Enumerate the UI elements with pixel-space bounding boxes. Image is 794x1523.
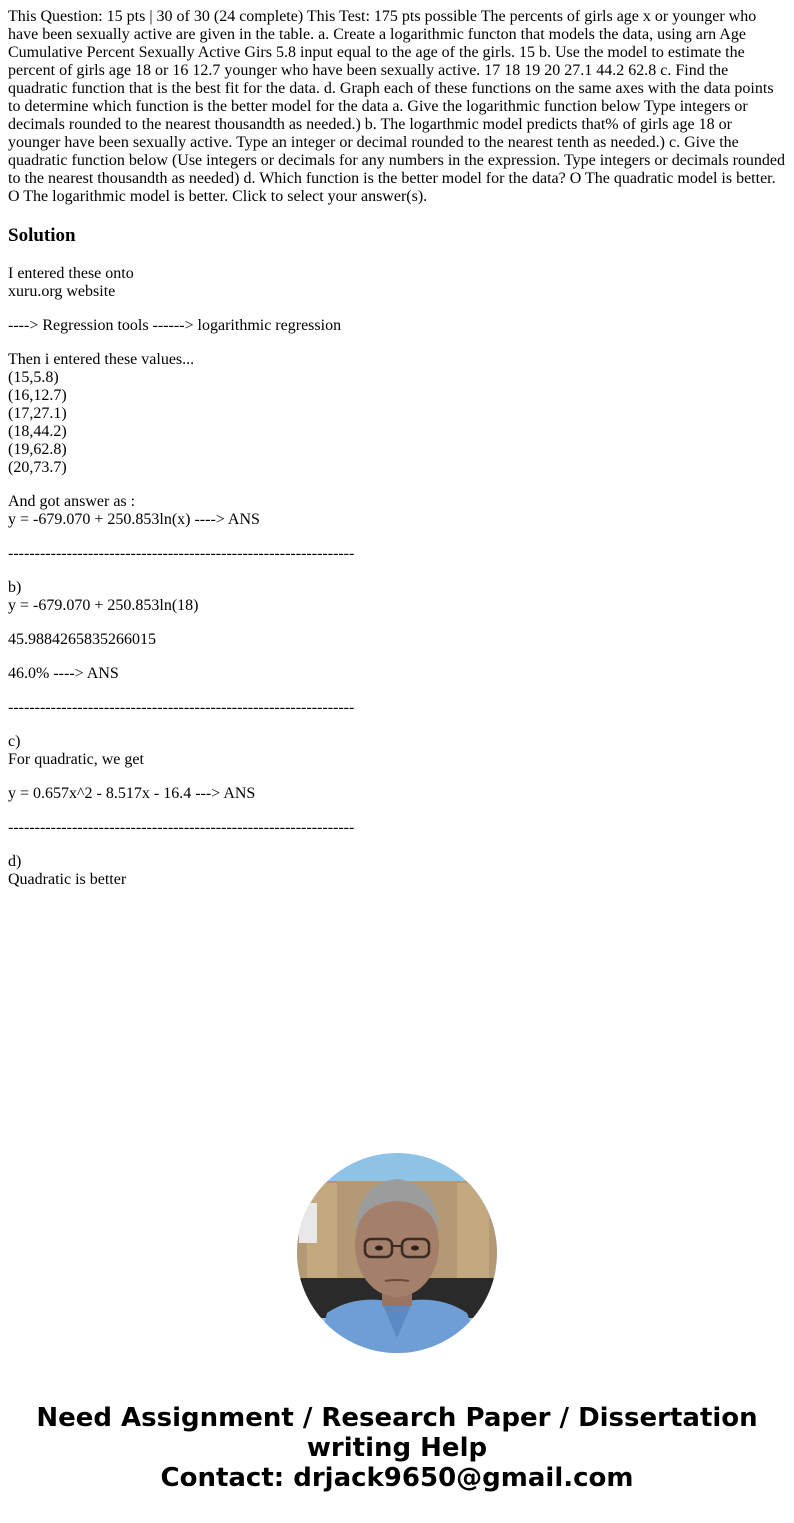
answer-intro: And got answer as : bbox=[8, 493, 786, 511]
data-point: (19,62.8) bbox=[8, 441, 786, 459]
promo-line-1: Need Assignment / Research Paper / Disse… bbox=[0, 1403, 794, 1433]
part-c: c) For quadratic, we get bbox=[8, 733, 786, 769]
data-point: (20,73.7) bbox=[8, 459, 786, 477]
data-point: (18,44.2) bbox=[8, 423, 786, 441]
part-d: d) Quadratic is better bbox=[8, 853, 786, 889]
part-b-value: 45.9884265835266015 bbox=[8, 631, 786, 649]
divider: ----------------------------------------… bbox=[8, 699, 786, 717]
divider: ----------------------------------------… bbox=[8, 819, 786, 837]
part-c-intro: For quadratic, we get bbox=[8, 751, 786, 769]
promo-banner: Need Assignment / Research Paper / Disse… bbox=[0, 1403, 794, 1493]
part-b-answer-paragraph: 46.0% ----> ANS bbox=[8, 665, 786, 683]
person-photo-icon bbox=[297, 1153, 497, 1353]
data-point: (17,27.1) bbox=[8, 405, 786, 423]
part-c-answer: y = 0.657x^2 - 8.517x - 16.4 ---> ANS bbox=[8, 785, 786, 803]
path-line: ----> Regression tools ------> logarithm… bbox=[8, 317, 786, 335]
values-intro: Then i entered these values... bbox=[8, 351, 786, 369]
part-c-label: c) bbox=[8, 733, 786, 751]
intro-line-1: I entered these onto bbox=[8, 265, 786, 283]
intro-paragraph: I entered these onto xuru.org website bbox=[8, 265, 786, 301]
avatar bbox=[297, 1153, 497, 1353]
promo-line-2: writing Help bbox=[0, 1433, 794, 1463]
part-b-label: b) bbox=[8, 579, 786, 597]
part-b: b) y = -679.070 + 250.853ln(18) bbox=[8, 579, 786, 615]
question-text: This Question: 15 pts | 30 of 30 (24 com… bbox=[8, 8, 786, 206]
intro-line-2: xuru.org website bbox=[8, 283, 786, 301]
page-content: This Question: 15 pts | 30 of 30 (24 com… bbox=[0, 0, 794, 889]
path-paragraph: ----> Regression tools ------> logarithm… bbox=[8, 317, 786, 335]
promo-contact: Contact: drjack9650@gmail.com bbox=[0, 1463, 794, 1493]
part-d-answer: Quadratic is better bbox=[8, 871, 786, 889]
data-point: (16,12.7) bbox=[8, 387, 786, 405]
divider: ----------------------------------------… bbox=[8, 545, 786, 563]
part-b-equation: y = -679.070 + 250.853ln(18) bbox=[8, 597, 786, 615]
answer-a: y = -679.070 + 250.853ln(x) ----> ANS bbox=[8, 511, 786, 529]
solution-heading: Solution bbox=[8, 225, 786, 247]
part-c-answer-paragraph: y = 0.657x^2 - 8.517x - 16.4 ---> ANS bbox=[8, 785, 786, 803]
data-point: (15,5.8) bbox=[8, 369, 786, 387]
values-paragraph: Then i entered these values... (15,5.8) … bbox=[8, 351, 786, 477]
part-d-label: d) bbox=[8, 853, 786, 871]
answer-a-paragraph: And got answer as : y = -679.070 + 250.8… bbox=[8, 493, 786, 529]
part-b-answer: 46.0% ----> ANS bbox=[8, 665, 786, 683]
part-b-value-paragraph: 45.9884265835266015 bbox=[8, 631, 786, 649]
